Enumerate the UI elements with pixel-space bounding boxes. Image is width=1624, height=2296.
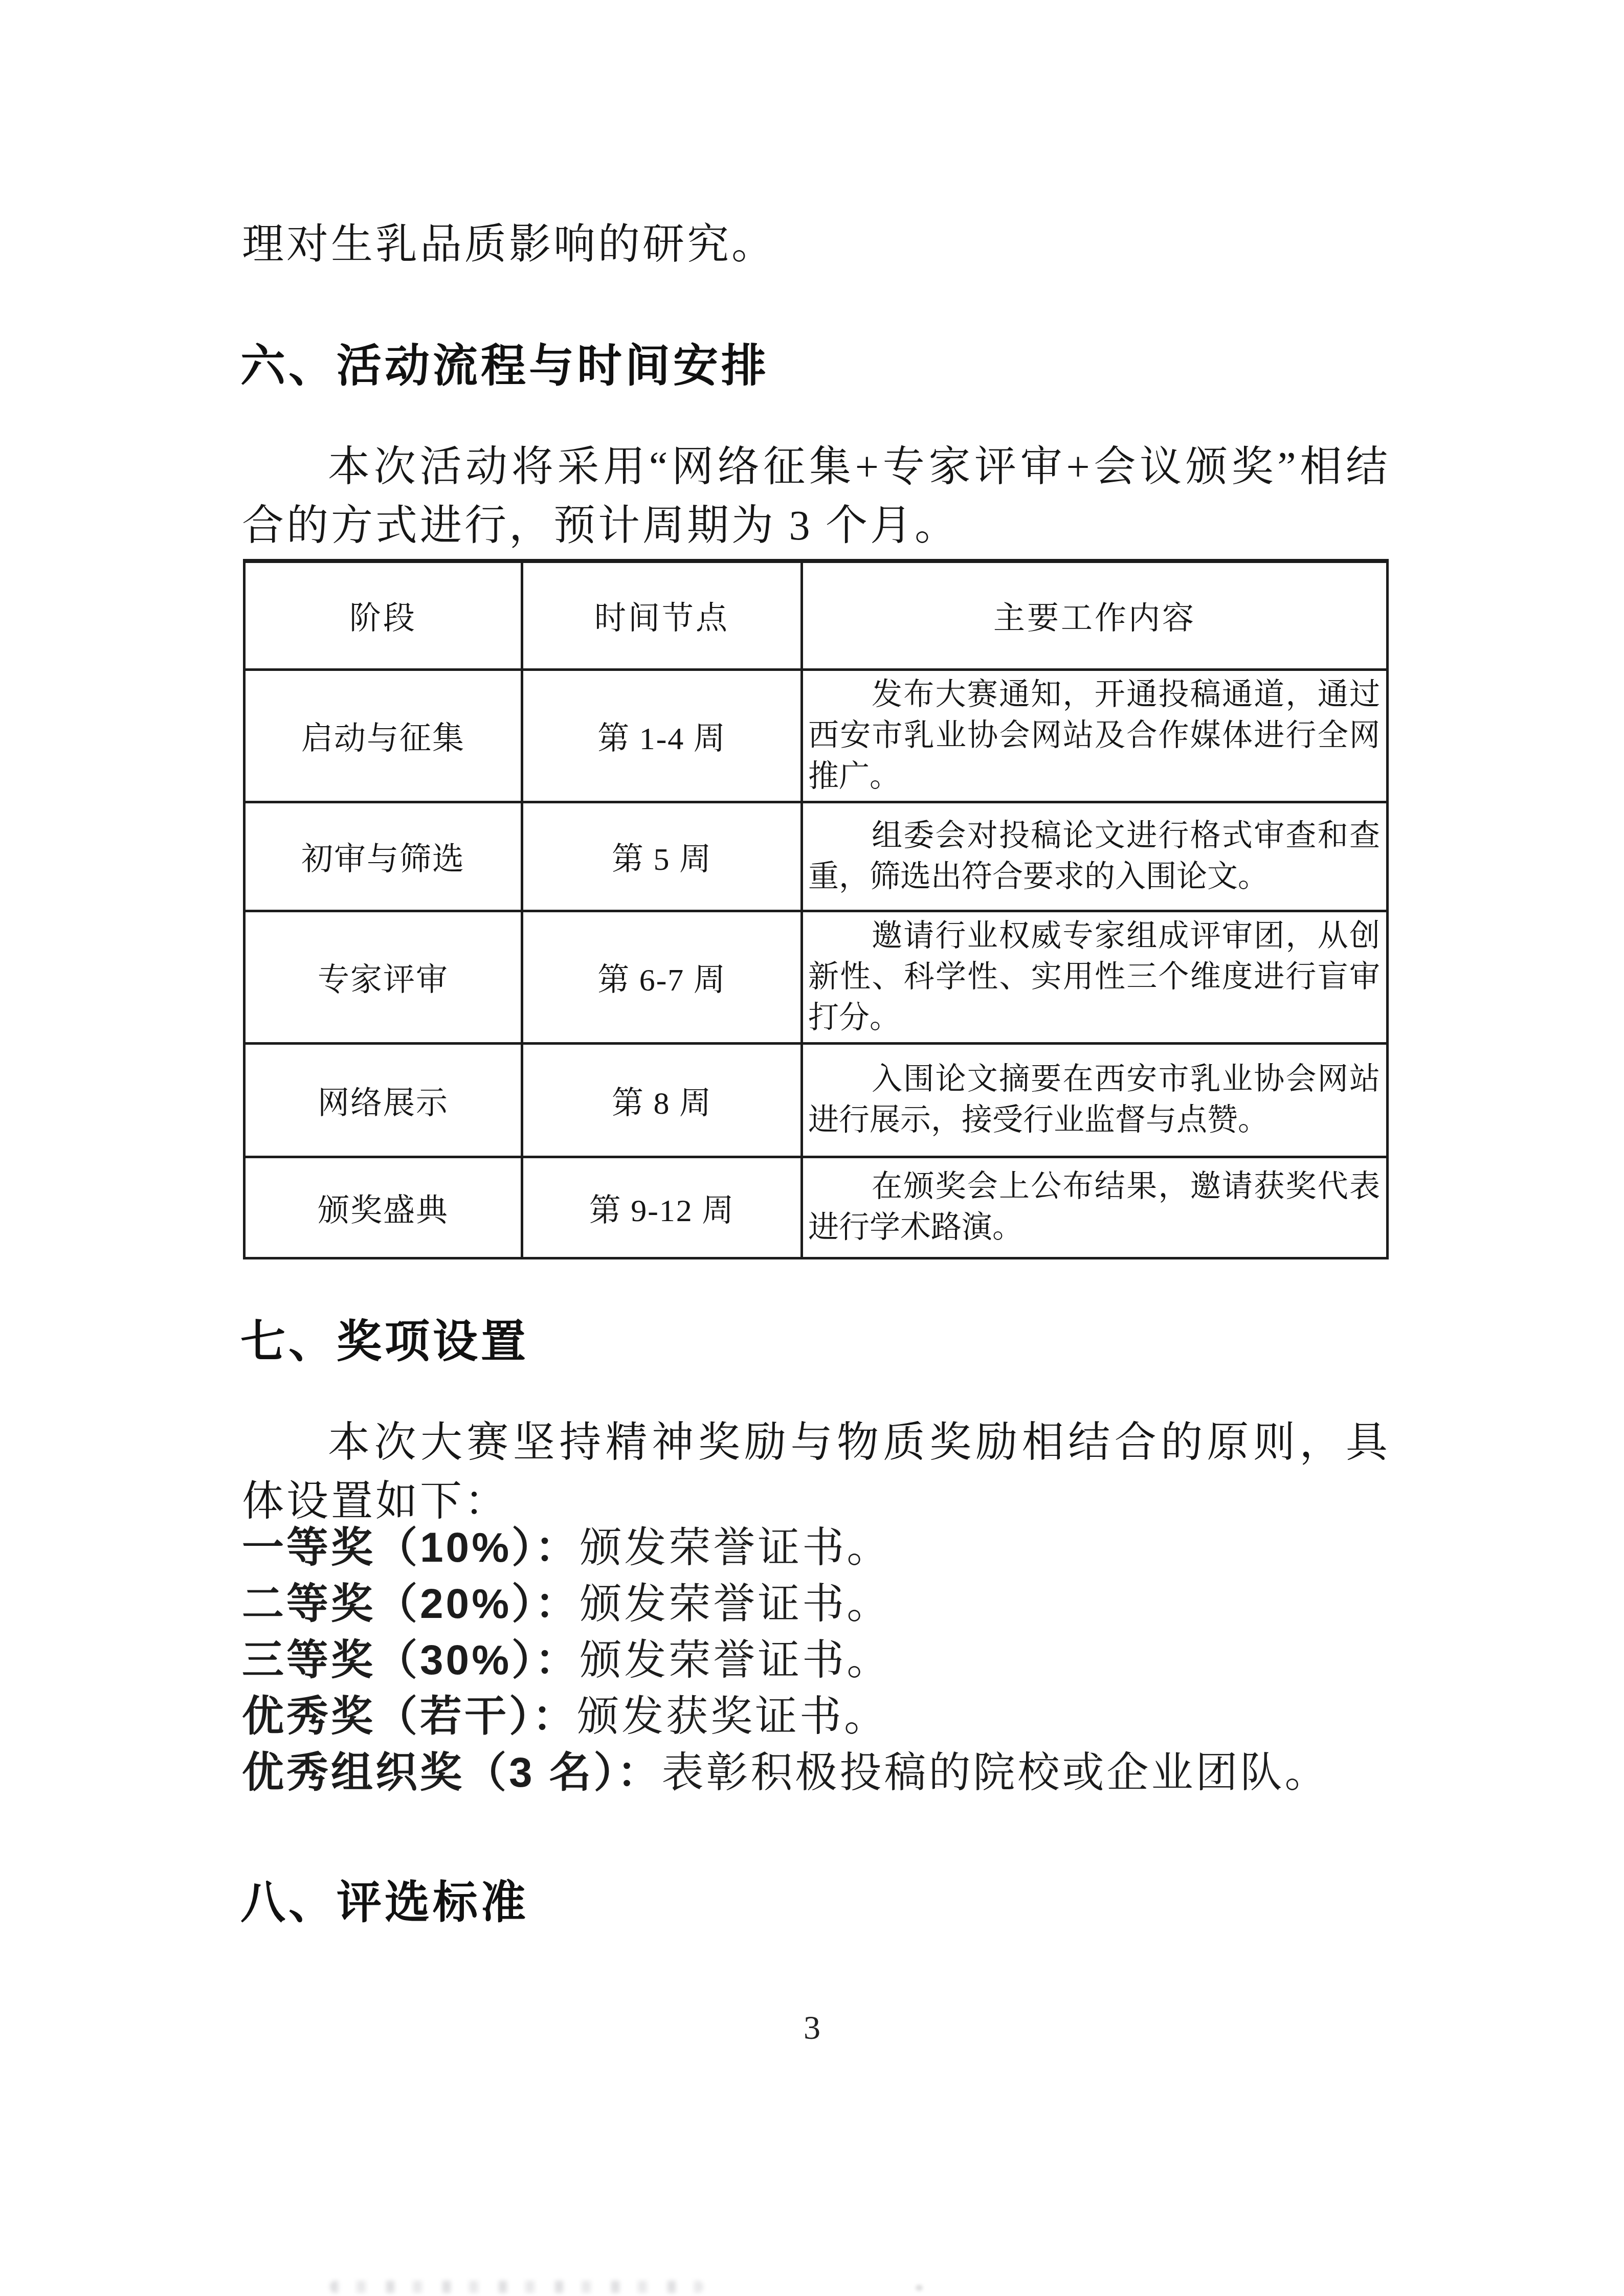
time-cell: 第 9-12 周: [522, 1157, 802, 1258]
time-cell: 第 8 周: [522, 1043, 802, 1157]
award-desc: 颁发荣誉证书。: [580, 1524, 891, 1571]
award-item: 优秀奖（若干）：颁发获奖证书。: [242, 1689, 1434, 1745]
award-desc: 表彰积极投稿的院校或企业团队。: [661, 1749, 1329, 1796]
section-7-paragraph: 本次大赛坚持精神奖励与物质奖励相结合的原则，具体设置如下：: [242, 1413, 1390, 1530]
stage-cell: 颁奖盛典: [244, 1157, 522, 1258]
award-desc: 颁发荣誉证书。: [580, 1581, 891, 1627]
award-name: 优秀奖（若干）：: [242, 1693, 577, 1740]
table-col-header-stage: 阶段: [244, 561, 522, 669]
time-cell: 第 1-4 周: [522, 669, 802, 802]
time-cell: 第 5 周: [522, 802, 802, 911]
award-item: 优秀组织奖（3 名）：表彰积极投稿的院校或企业团队。: [242, 1745, 1434, 1801]
award-item: 一等奖（10%）：颁发荣誉证书。: [242, 1520, 1434, 1576]
award-name: 优秀组织奖（3 名）：: [242, 1749, 661, 1796]
table-row: 初审与筛选 第 5 周 组委会对投稿论文进行格式审查和查重，筛选出符合要求的入围…: [244, 802, 1388, 911]
intro-line: 理对生乳品质影响的研究。: [242, 215, 1398, 274]
table-row: 启动与征集 第 1-4 周 发布大赛通知，开通投稿通道，通过西安市乳业协会网站及…: [244, 669, 1388, 802]
content-text: 发布大赛通知，开通投稿通道，通过西安市乳业协会网站及合作媒体进行全网推广。: [803, 671, 1386, 801]
award-name: 二等奖（20%）：: [242, 1581, 580, 1627]
table-col-header-content: 主要工作内容: [802, 561, 1388, 669]
stage-cell: 专家评审: [244, 911, 522, 1043]
award-desc: 颁发荣誉证书。: [580, 1637, 891, 1683]
document-page: 理对生乳品质影响的研究。 六、活动流程与时间安排 本次活动将采用“网络征集+专家…: [0, 0, 1624, 2296]
section-6-heading: 六、活动流程与时间安排: [240, 330, 769, 394]
content-text: 在颁奖会上公布结果，邀请获奖代表进行学术路演。: [803, 1163, 1386, 1252]
content-cell: 在颁奖会上公布结果，邀请获奖代表进行学术路演。: [802, 1157, 1388, 1258]
award-item: 三等奖（30%）：颁发荣誉证书。: [242, 1632, 1434, 1689]
section-6-paragraph: 本次活动将采用“网络征集+专家评审+会议颁奖”相结合的方式进行，预计周期为 3 …: [242, 437, 1390, 555]
section-8-heading: 八、评选标准: [240, 1866, 529, 1931]
schedule-table: 阶段 时间节点 主要工作内容 启动与征集 第 1-4 周 发布大赛通知，开通投稿…: [243, 559, 1389, 1259]
stage-cell: 启动与征集: [244, 669, 522, 802]
table-header-row: 阶段 时间节点 主要工作内容: [244, 561, 1388, 669]
award-list: 一等奖（10%）：颁发荣誉证书。 二等奖（20%）：颁发荣誉证书。 三等奖（30…: [242, 1520, 1434, 1801]
award-name: 一等奖（10%）：: [242, 1524, 580, 1571]
content-text: 入围论文摘要在西安市乳业协会网站进行展示，接受行业监督与点赞。: [803, 1055, 1386, 1144]
content-text: 组委会对投稿论文进行格式审查和查重，筛选出符合要求的入围论文。: [803, 812, 1386, 901]
award-item: 二等奖（20%）：颁发荣誉证书。: [242, 1576, 1434, 1632]
stage-cell: 网络展示: [244, 1043, 522, 1157]
table-row: 网络展示 第 8 周 入围论文摘要在西安市乳业协会网站进行展示，接受行业监督与点…: [244, 1043, 1388, 1157]
scan-smudge-dot: [916, 2285, 923, 2291]
award-name: 三等奖（30%）：: [242, 1637, 580, 1683]
content-cell: 组委会对投稿论文进行格式审查和查重，筛选出符合要求的入围论文。: [802, 802, 1388, 911]
content-cell: 发布大赛通知，开通投稿通道，通过西安市乳业协会网站及合作媒体进行全网推广。: [802, 669, 1388, 802]
page-number: 3: [0, 2009, 1624, 2047]
award-desc: 颁发获奖证书。: [577, 1693, 888, 1740]
section-7-heading: 七、奖项设置: [240, 1305, 529, 1370]
scan-smudge: [330, 2281, 703, 2293]
table-row: 颁奖盛典 第 9-12 周 在颁奖会上公布结果，邀请获奖代表进行学术路演。: [244, 1157, 1388, 1258]
content-text: 邀请行业权威专家组成评审团，从创新性、科学性、实用性三个维度进行盲审打分。: [803, 912, 1386, 1042]
content-cell: 邀请行业权威专家组成评审团，从创新性、科学性、实用性三个维度进行盲审打分。: [802, 911, 1388, 1043]
stage-cell: 初审与筛选: [244, 802, 522, 911]
table-row: 专家评审 第 6-7 周 邀请行业权威专家组成评审团，从创新性、科学性、实用性三…: [244, 911, 1388, 1043]
table-col-header-time: 时间节点: [522, 561, 802, 669]
time-cell: 第 6-7 周: [522, 911, 802, 1043]
content-cell: 入围论文摘要在西安市乳业协会网站进行展示，接受行业监督与点赞。: [802, 1043, 1388, 1157]
